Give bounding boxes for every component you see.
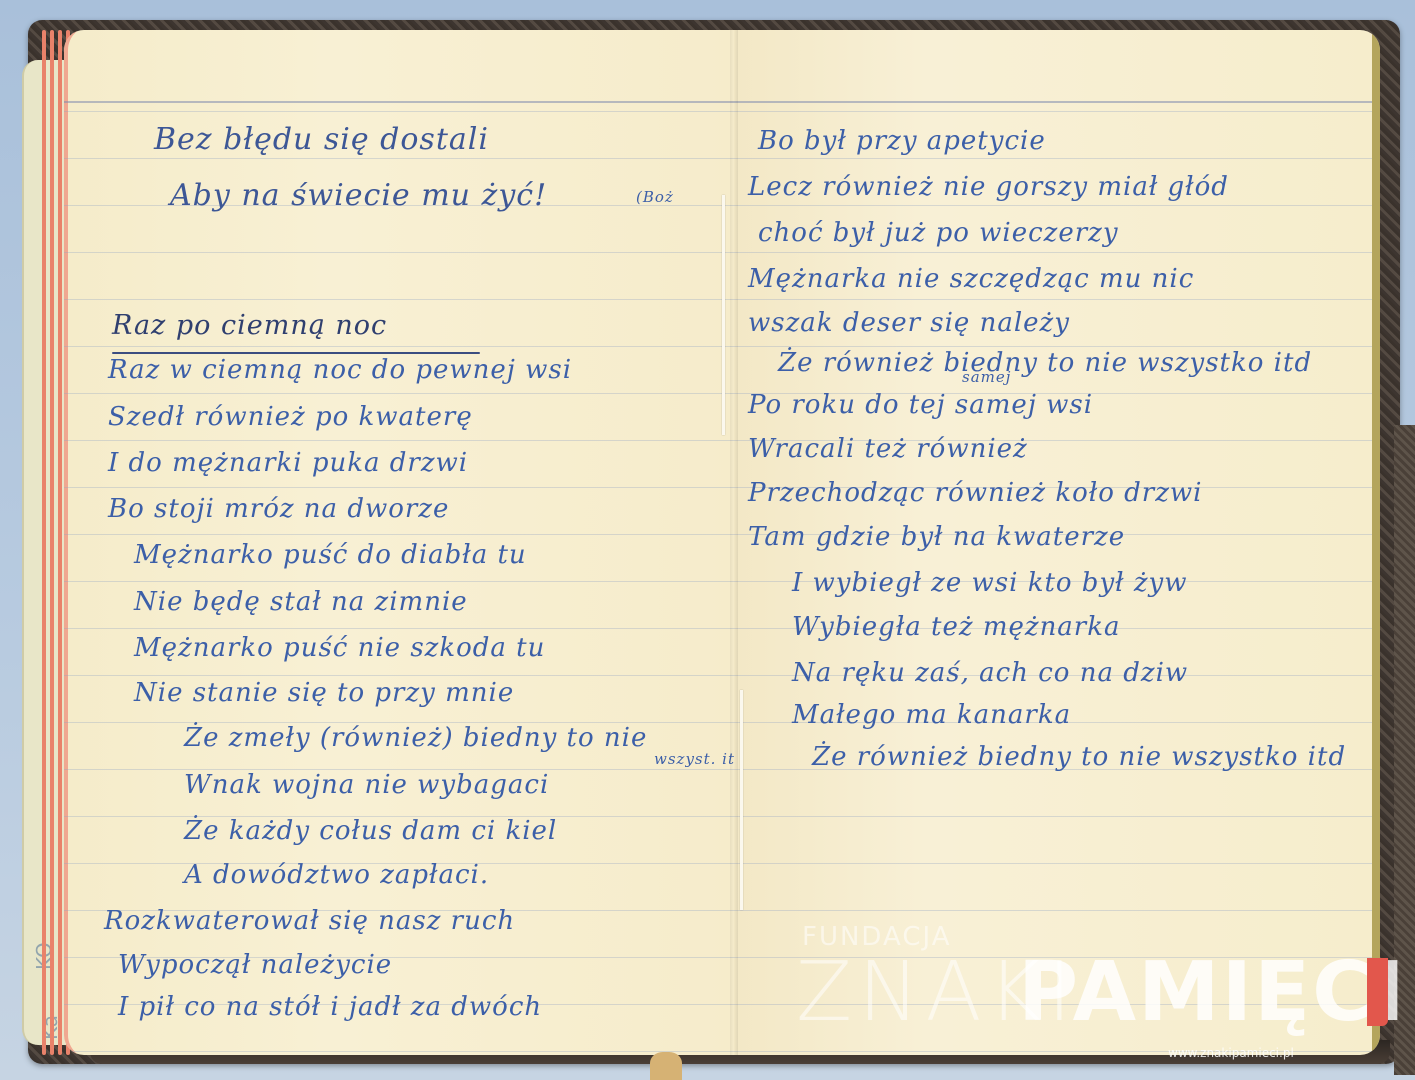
lyric-line: wszak deser się należy	[748, 308, 1070, 338]
lyric-line: Lecz również nie gorszy miał głód	[748, 172, 1229, 202]
watermark-red-accent	[1367, 958, 1388, 1026]
lyric-line: choć był już po wieczerzy	[758, 218, 1119, 248]
header-note: (Boż	[636, 188, 674, 206]
lyric-line: Że również biedny to nie wszystko itd	[778, 348, 1312, 378]
red-page-edge	[58, 30, 62, 1055]
title-underline	[112, 352, 480, 354]
lyric-line: Szedł również po kwaterę	[108, 402, 473, 432]
lyric-line: A dowództwo zapłaci.	[184, 860, 489, 890]
header-rule	[64, 101, 734, 103]
left-page: Bez błędu się dostali Aby na świecie mu …	[64, 30, 734, 1055]
lyric-line: Raz w ciemną noc do pewnej wsi	[108, 355, 572, 385]
lyric-line: Rozkwaterował się nasz ruch	[104, 906, 515, 936]
lyric-line: Bo stoji mróz na dworze	[108, 494, 449, 524]
lyric-line: Mężnarko puść do diabła tu	[134, 540, 527, 570]
red-page-edge	[50, 30, 54, 1055]
lyric-line: I do mężnarki puka drzwi	[108, 448, 468, 478]
lyric-line: I wybiegł ze wsi kto był żyw	[792, 568, 1187, 598]
red-page-edge	[42, 30, 46, 1055]
scan-background: KO Ka Bez błędu się dostali Aby na świec…	[0, 0, 1415, 1080]
watermark-url: www.znakipamieci.pl	[1168, 1046, 1294, 1060]
song-title: Raz po ciemną noc	[112, 310, 387, 341]
margin-note: wszyst. itd.	[654, 750, 734, 768]
lyric-line: Wybiegła też mężnarka	[792, 612, 1121, 642]
lyric-line: I pił co na stół i jadł za dwóch	[118, 992, 542, 1022]
lyric-line: Że każdy cołus dam ci kiel	[184, 816, 557, 846]
right-page: Bo był przy apetycie Lecz również nie go…	[734, 30, 1380, 1055]
lyric-line: Wracali też również	[748, 434, 1028, 464]
header-line: Bez błędu się dostali	[154, 122, 489, 157]
lyric-line: Wypoczął należycie	[118, 950, 392, 980]
lyric-line: Wnak wojna nie wybagaci	[184, 770, 549, 800]
lyric-line: Na ręku zaś, ach co na dziw	[792, 658, 1188, 688]
lyric-line: Mężnarka nie szczędząc mu nic	[748, 264, 1194, 294]
page-gutter	[730, 30, 738, 1055]
lyric-line: Przechodząc również koło drzwi	[748, 478, 1202, 508]
watermark-bold-word: PAMIĘCI	[1018, 952, 1407, 1034]
lyric-line: Że również biedny to nie wszystko itd	[812, 742, 1346, 772]
binding-stitch	[740, 690, 743, 910]
binding-stitch	[722, 195, 725, 435]
header-rule	[734, 101, 1380, 103]
lyric-line: Bo był przy apetycie	[758, 126, 1046, 156]
lyric-line: Po roku do tej samej wsi	[748, 390, 1093, 420]
lyric-line: Nie będę stał na zimnie	[134, 587, 468, 617]
lyric-line: Nie stanie się to przy mnie	[134, 678, 514, 708]
lyric-line: Tam gdzie był na kwaterze	[748, 522, 1125, 552]
lyric-line: Że zmeły (również) biedny to nie	[184, 723, 647, 753]
header-line: Aby na świecie mu żyć!	[170, 178, 547, 213]
lyric-line: Małego ma kanarka	[792, 700, 1071, 730]
lyric-line: Mężnarko puść nie szkoda tu	[134, 633, 545, 663]
line-insert: samej	[962, 368, 1011, 386]
bookmark-ribbon	[650, 1052, 682, 1080]
